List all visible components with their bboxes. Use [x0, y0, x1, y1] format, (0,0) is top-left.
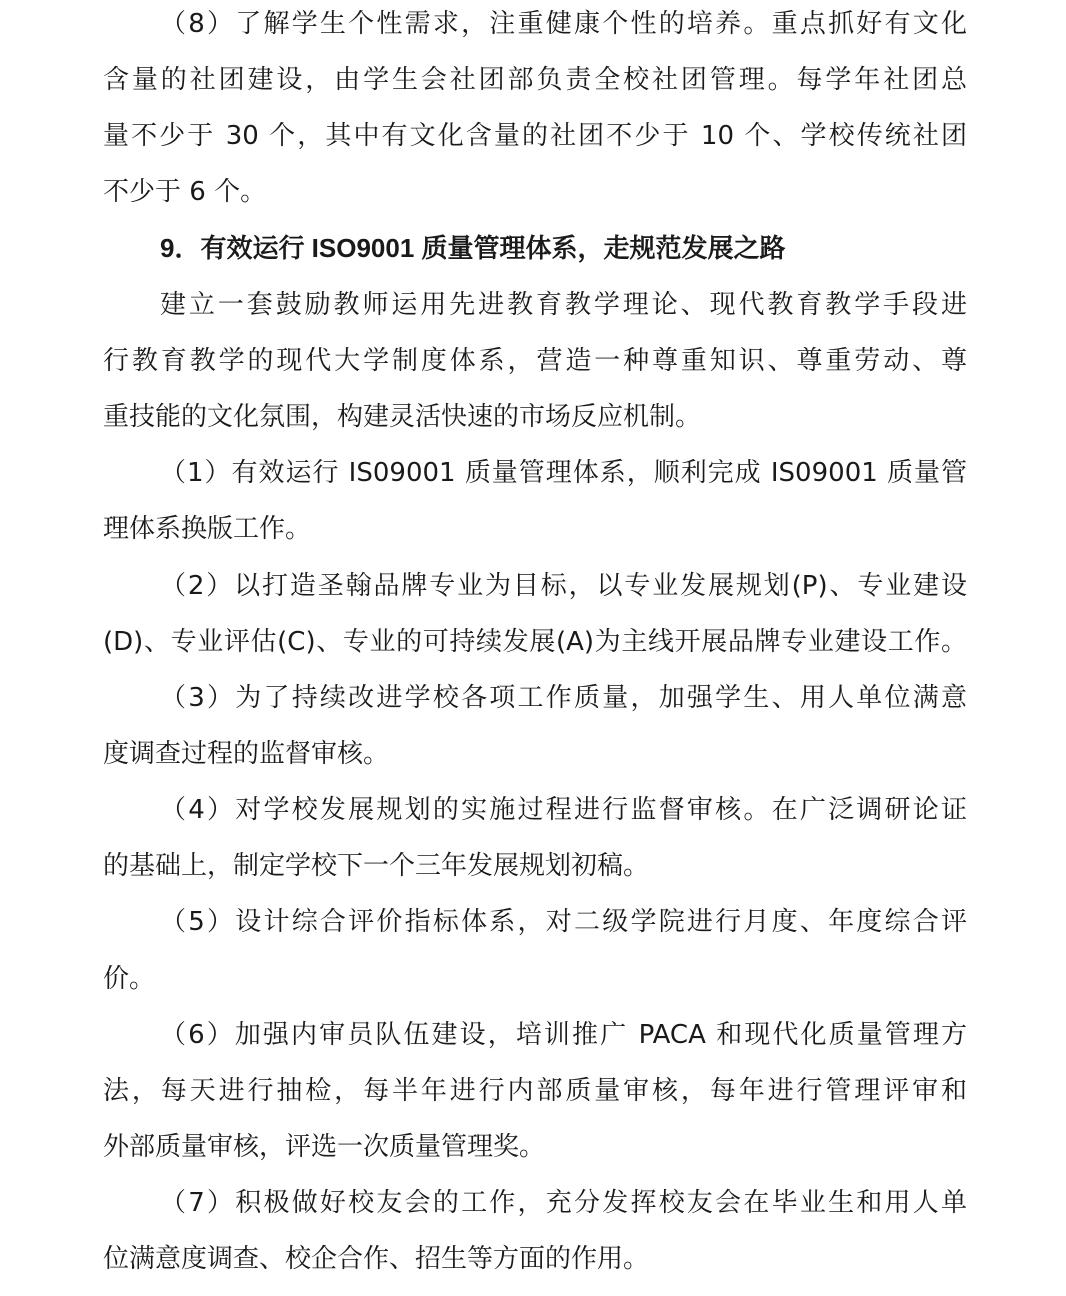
item-1-line-1: （1）有效运行 IS09001 质量管理体系，顺利完成 IS09001 质量管 [160, 453, 967, 493]
item-6-line-3: 外部质量审核，评选一次质量管理奖。 [103, 1127, 967, 1167]
item-5-line-2: 价。 [103, 959, 967, 999]
item-6-line-2: 法，每天进行抽检，每半年进行内部质量审核，每年进行管理评审和 [103, 1071, 967, 1111]
paragraph-8-line-3: 量不少于 30 个，其中有文化含量的社团不少于 10 个、学校传统社团 [103, 116, 967, 156]
paragraph-8-line-1: （8）了解学生个性需求，注重健康个性的培养。重点抓好有文化 [160, 4, 967, 44]
section-heading-9: 9．有效运行 ISO9001 质量管理体系，走规范发展之路 [160, 228, 967, 268]
item-1-line-2: 理体系换版工作。 [103, 509, 967, 549]
item-2-line-1: （2）以打造圣翰品牌专业为目标，以专业发展规划(P)、专业建设 [160, 566, 967, 606]
item-4-line-1: （4）对学校发展规划的实施过程进行监督审核。在广泛调研论证 [160, 790, 967, 830]
item-7-line-1: （7）积极做好校友会的工作，充分发挥校友会在毕业生和用人单 [160, 1183, 967, 1223]
item-3-line-1: （3）为了持续改进学校各项工作质量，加强学生、用人单位满意 [160, 678, 967, 718]
intro-paragraph-line-2: 行教育教学的现代大学制度体系，营造一种尊重知识、尊重劳动、尊 [103, 341, 967, 381]
item-6-line-1: （6）加强内审员队伍建设，培训推广 PACA 和现代化质量管理方 [160, 1015, 967, 1055]
item-7-line-2: 位满意度调查、校企合作、招生等方面的作用。 [103, 1239, 967, 1279]
document-page: （8）了解学生个性需求，注重健康个性的培养。重点抓好有文化 含量的社团建设，由学… [0, 0, 1066, 1296]
intro-paragraph-line-1: 建立一套鼓励教师运用先进教育教学理论、现代教育教学手段进 [160, 285, 967, 325]
paragraph-8-line-4: 不少于 6 个。 [103, 172, 967, 212]
item-3-line-2: 度调查过程的监督审核。 [103, 734, 967, 774]
item-2-line-2: (D)、专业评估(C)、专业的可持续发展(A)为主线开展品牌专业建设工作。 [103, 622, 967, 662]
item-4-line-2: 的基础上，制定学校下一个三年发展规划初稿。 [103, 846, 967, 886]
item-5-line-1: （5）设计综合评价指标体系，对二级学院进行月度、年度综合评 [160, 902, 967, 942]
intro-paragraph-line-3: 重技能的文化氛围，构建灵活快速的市场反应机制。 [103, 397, 967, 437]
paragraph-8-line-2: 含量的社团建设，由学生会社团部负责全校社团管理。每学年社团总 [103, 60, 967, 100]
